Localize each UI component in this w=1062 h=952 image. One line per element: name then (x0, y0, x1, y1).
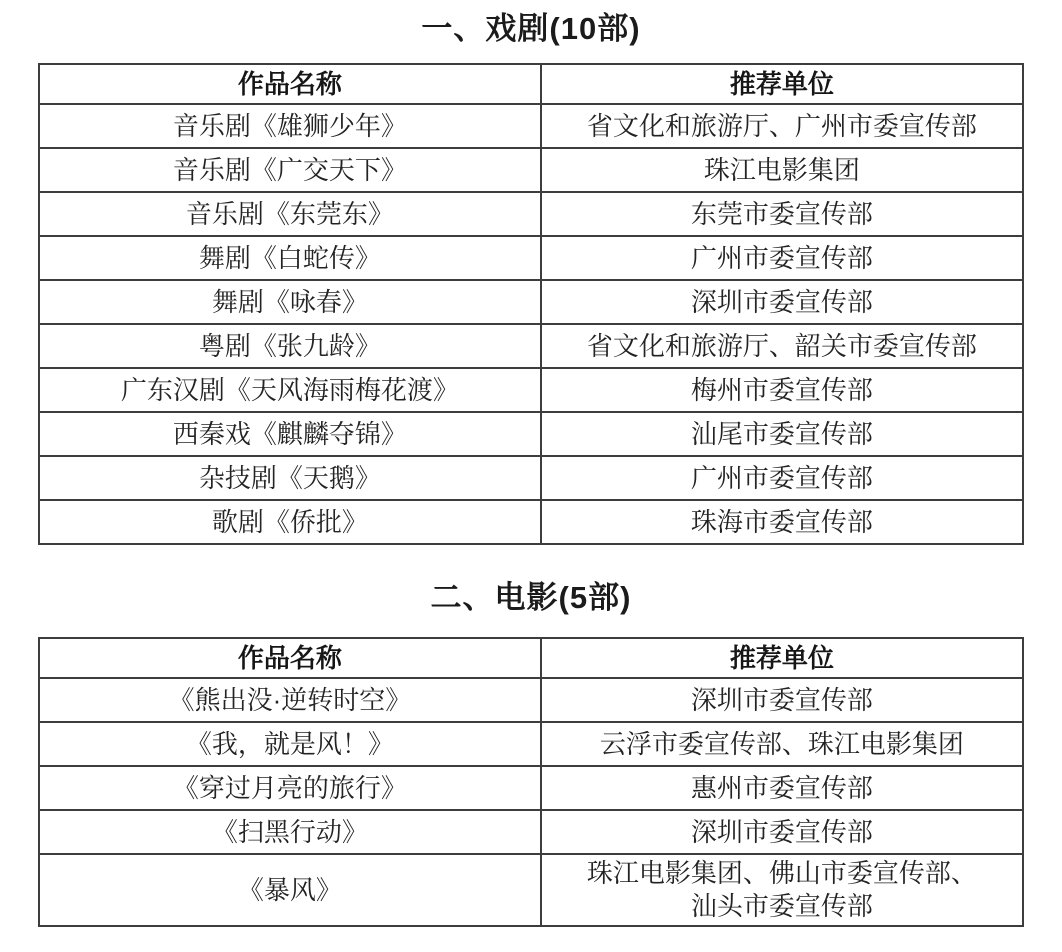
section-title-drama: 一、戏剧(10部) (38, 10, 1024, 47)
film-table: 作品名称 推荐单位 《熊出没·逆转时空》 深圳市委宣传部 《我，就是风！》 云浮… (38, 637, 1024, 927)
work-title-cell: 西秦戏《麒麟夺锦》 (39, 412, 541, 456)
table-row: 舞剧《咏春》 深圳市委宣传部 (39, 280, 1023, 324)
recommender-cell: 汕尾市委宣传部 (541, 412, 1023, 456)
table-row: 《穿过月亮的旅行》 惠州市委宣传部 (39, 766, 1023, 810)
recommender-cell: 惠州市委宣传部 (541, 766, 1023, 810)
table-row: 杂技剧《天鹅》 广州市委宣传部 (39, 456, 1023, 500)
table-row: 《扫黑行动》 深圳市委宣传部 (39, 810, 1023, 854)
work-title-cell: 《扫黑行动》 (39, 810, 541, 854)
table-row: 音乐剧《东莞东》 东莞市委宣传部 (39, 192, 1023, 236)
work-title-cell: 音乐剧《广交天下》 (39, 148, 541, 192)
recommender-cell: 珠江电影集团 (541, 148, 1023, 192)
table-row: 音乐剧《雄狮少年》 省文化和旅游厅、广州市委宣传部 (39, 104, 1023, 148)
table-row: 《我，就是风！》 云浮市委宣传部、珠江电影集团 (39, 722, 1023, 766)
recommender-cell: 广州市委宣传部 (541, 456, 1023, 500)
drama-table: 作品名称 推荐单位 音乐剧《雄狮少年》 省文化和旅游厅、广州市委宣传部 音乐剧《… (38, 63, 1024, 545)
table-row: 广东汉剧《天风海雨梅花渡》 梅州市委宣传部 (39, 368, 1023, 412)
work-title-cell: 音乐剧《东莞东》 (39, 192, 541, 236)
work-title-cell: 舞剧《白蛇传》 (39, 236, 541, 280)
table-row: 西秦戏《麒麟夺锦》 汕尾市委宣传部 (39, 412, 1023, 456)
table-row: 歌剧《侨批》 珠海市委宣传部 (39, 500, 1023, 544)
table-row: 《熊出没·逆转时空》 深圳市委宣传部 (39, 678, 1023, 722)
recommender-cell: 珠江电影集团、佛山市委宣传部、 汕头市委宣传部 (541, 854, 1023, 926)
work-title-cell: 粤剧《张九龄》 (39, 324, 541, 368)
recommender-cell: 东莞市委宣传部 (541, 192, 1023, 236)
col-header-work-name: 作品名称 (39, 64, 541, 104)
work-title-cell: 音乐剧《雄狮少年》 (39, 104, 541, 148)
work-title-cell: 《穿过月亮的旅行》 (39, 766, 541, 810)
recommender-cell: 省文化和旅游厅、韶关市委宣传部 (541, 324, 1023, 368)
work-title-cell: 杂技剧《天鹅》 (39, 456, 541, 500)
recommender-cell: 广州市委宣传部 (541, 236, 1023, 280)
document-page: 一、戏剧(10部) 作品名称 推荐单位 音乐剧《雄狮少年》 省文化和旅游厅、广州… (38, 0, 1024, 927)
recommender-cell: 珠海市委宣传部 (541, 500, 1023, 544)
work-title-cell: 《我，就是风！》 (39, 722, 541, 766)
table-header-row: 作品名称 推荐单位 (39, 638, 1023, 678)
recommender-cell: 梅州市委宣传部 (541, 368, 1023, 412)
table-row: 《暴风》 珠江电影集团、佛山市委宣传部、 汕头市委宣传部 (39, 854, 1023, 926)
work-title-cell: 广东汉剧《天风海雨梅花渡》 (39, 368, 541, 412)
section-title-film: 二、电影(5部) (38, 579, 1024, 616)
table-row: 粤剧《张九龄》 省文化和旅游厅、韶关市委宣传部 (39, 324, 1023, 368)
col-header-recommender: 推荐单位 (541, 64, 1023, 104)
table-row: 音乐剧《广交天下》 珠江电影集团 (39, 148, 1023, 192)
recommender-cell: 深圳市委宣传部 (541, 810, 1023, 854)
col-header-recommender: 推荐单位 (541, 638, 1023, 678)
recommender-cell: 深圳市委宣传部 (541, 678, 1023, 722)
col-header-work-name: 作品名称 (39, 638, 541, 678)
work-title-cell: 《熊出没·逆转时空》 (39, 678, 541, 722)
work-title-cell: 舞剧《咏春》 (39, 280, 541, 324)
work-title-cell: 歌剧《侨批》 (39, 500, 541, 544)
work-title-cell: 《暴风》 (39, 854, 541, 926)
recommender-cell: 省文化和旅游厅、广州市委宣传部 (541, 104, 1023, 148)
recommender-cell: 深圳市委宣传部 (541, 280, 1023, 324)
table-row: 舞剧《白蛇传》 广州市委宣传部 (39, 236, 1023, 280)
recommender-cell: 云浮市委宣传部、珠江电影集团 (541, 722, 1023, 766)
table-header-row: 作品名称 推荐单位 (39, 64, 1023, 104)
